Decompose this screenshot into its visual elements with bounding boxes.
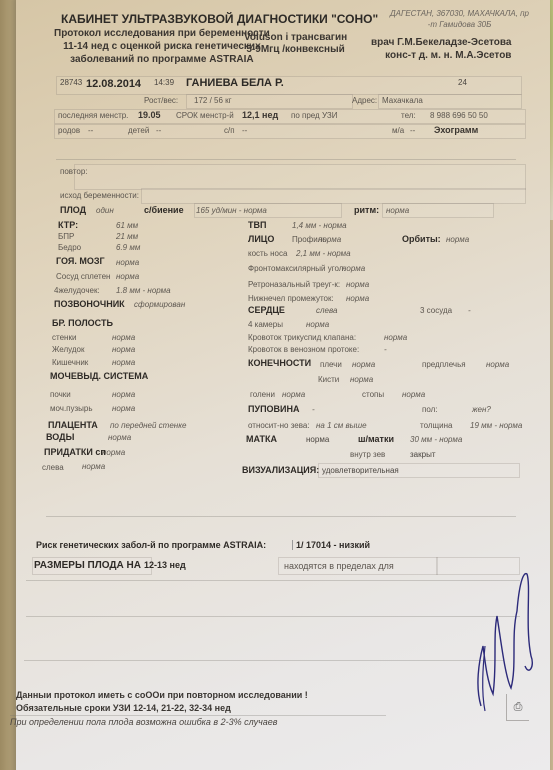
walls-value: норма <box>112 333 135 342</box>
cord-value: - <box>312 405 315 414</box>
visual-value: удовлетворительная <box>322 466 399 475</box>
mandible-label: Нижнечел промежуток: <box>248 294 334 303</box>
printer-icon: ⎙ <box>514 701 523 714</box>
brain-label: ГОЯ. МОЗГ <box>56 256 105 266</box>
face-label: ЛИЦО <box>248 234 274 244</box>
retro-label: Ретроназальный треуг-к: <box>248 280 340 289</box>
os-rel-label: относит-но зева: <box>248 421 310 430</box>
term-value: 12,1 нед <box>242 110 278 120</box>
device-line-1: Voluson i трансвагин <box>244 32 347 44</box>
size-term: 12-13 нед <box>144 560 186 570</box>
uterus-value: норма <box>306 435 329 444</box>
protocol-line-3: заболеваний по программе ASTRAIA <box>54 53 270 66</box>
protocol-line-1: Протокол исследования при беременности <box>54 27 270 40</box>
placenta-label: ПЛАЦЕНТА <box>48 420 98 430</box>
height-weight-label: Рост/вес: <box>144 96 178 105</box>
exam-time: 14:39 <box>154 78 174 87</box>
address-label: Адрес: <box>352 96 377 105</box>
feet-label: стопы <box>362 390 384 399</box>
ma-label: м/а <box>392 126 404 135</box>
ktr-value: 61 мм <box>116 221 138 230</box>
os-rel-value: на 1 см выше <box>316 421 367 430</box>
ultrasound-protocol-sheet: КАБИНЕТ УЛЬТРАЗВУКОВОЙ ДИАГНОСТИКИ "СОНО… <box>16 0 550 770</box>
births-label: родов <box>58 126 80 135</box>
femur-label: Бедро <box>58 243 81 252</box>
doctor-line-1: врач Г.М.Бекеладзе-Эсетова <box>371 36 511 49</box>
cs-value: -- <box>242 126 247 135</box>
feet-value: норма <box>402 390 425 399</box>
fetus-count: один <box>96 206 114 215</box>
patient-id: 28743 <box>60 78 82 87</box>
adnexa-left-label: слева <box>42 463 64 472</box>
intestine-value: норма <box>112 358 135 367</box>
risk-value: 1/ 17014 - низкий <box>292 540 370 550</box>
adnexa-right-value: норма <box>102 448 125 457</box>
limbs-label: КОНЕЧНОСТИ <box>248 358 311 368</box>
profile-value: норма <box>318 235 341 244</box>
stomach-label: Желудок <box>52 345 85 354</box>
divider <box>46 516 516 517</box>
divider <box>26 580 520 581</box>
size-text: находятся в пределах для <box>284 561 394 571</box>
hands-value: норма <box>350 375 373 384</box>
tvp-value: 1,4 мм - норма <box>292 221 347 230</box>
repeat-label: повтор: <box>60 167 88 176</box>
water-label: ВОДЫ <box>46 432 74 442</box>
risk-label: Риск генетических забол-й по программе A… <box>36 540 266 550</box>
clinic-address: ДАГЕСТАН, 367030, МАХАЧКАЛА, пр -т Гамид… <box>390 8 529 30</box>
divider <box>10 715 386 716</box>
kidneys-label: почки <box>50 390 71 399</box>
footer-note-3: При определении пола плода возможна ошиб… <box>10 717 277 727</box>
children-label: детей <box>128 126 149 135</box>
divider <box>56 159 516 160</box>
device-info: Voluson i трансвагин 5-9Мгц /конвексный <box>244 32 347 56</box>
cervix-label: ш/матки <box>358 434 394 444</box>
intestine-label: Кишечник <box>52 358 88 367</box>
sex-value: жен? <box>472 405 491 414</box>
visual-label: ВИЗУАЛИЗАЦИЯ: <box>242 465 319 475</box>
cs-label: с/п <box>224 126 235 135</box>
thickness-label: толщина <box>420 421 452 430</box>
outcome-field <box>141 188 526 204</box>
ktr-label: КТР: <box>58 220 78 230</box>
venous-label: Кровоток в венозном протоке: <box>248 345 359 354</box>
forearms-label: предплечья <box>422 360 466 369</box>
urinary-label: МОЧЕВЫД. СИСТЕМА <box>50 371 148 381</box>
last-menstr-label: последняя менстр. <box>58 111 128 120</box>
hands-label: Кисти <box>318 375 339 384</box>
shins-value: норма <box>282 390 305 399</box>
mandible-value: норма <box>346 294 369 303</box>
abdomen-label: БР. ПОЛОСТЬ <box>52 318 113 328</box>
thickness-value: 19 мм - норма <box>470 421 522 430</box>
inner-os-label: внутр зев <box>350 450 385 459</box>
protocol-title: Протокол исследования при беременности 1… <box>54 27 270 66</box>
doctor-info: врач Г.М.Бекеладзе-Эсетова конс-т д. м. … <box>371 36 511 62</box>
nose-value: 2,1 мм - норма <box>296 249 351 258</box>
address-line-1: ДАГЕСТАН, 367030, МАХАЧКАЛА, пр <box>390 8 529 19</box>
uterus-label: МАТКА <box>246 434 277 444</box>
size-label: РАЗМЕРЫ ПЛОДА НА <box>34 560 141 571</box>
bladder-value: норма <box>112 404 135 413</box>
nose-label: кость носа <box>248 249 287 258</box>
ma-value: -- <box>410 126 415 135</box>
device-line-2: 5-9Мгц /конвексный <box>244 44 347 56</box>
bpr-value: 21 мм <box>116 232 138 241</box>
orbits-value: норма <box>446 235 469 244</box>
patient-age: 24 <box>458 78 467 87</box>
fetus-label: ПЛОД <box>60 205 86 215</box>
last-menstr-value: 19.05 <box>138 110 161 120</box>
protocol-line-2: 11-14 нед с оценкой риска генетических <box>54 40 270 53</box>
bladder-label: моч.пузырь <box>50 404 93 413</box>
footer-note-2: Обязательные сроки УЗИ 12-14, 21-22, 32-… <box>16 703 231 713</box>
vessels-value: - <box>468 306 471 315</box>
venous-value: - <box>384 345 387 354</box>
heartbeat-value: 165 уд/мин - норма <box>196 206 267 215</box>
phone-label: тел: <box>401 111 416 120</box>
femur-value: 6.9 мм <box>116 243 140 252</box>
shoulders-value: норма <box>352 360 375 369</box>
plexus-value: норма <box>116 272 139 281</box>
phone-value: 8 988 696 50 50 <box>430 111 488 120</box>
rhythm-label: ритм: <box>354 205 379 215</box>
plexus-label: Сосуд сплетен <box>56 272 110 281</box>
bpr-label: БПР <box>58 232 74 241</box>
sex-label: пол: <box>422 405 438 414</box>
divider <box>26 616 520 617</box>
heart-value: слева <box>316 306 337 315</box>
spine-value: сформирован <box>134 300 185 309</box>
ventricle-value: 1.8 мм - норма <box>116 286 171 295</box>
heartbeat-label: с/биение <box>144 205 184 215</box>
births-value: -- <box>88 126 93 135</box>
rhythm-value: норма <box>386 206 409 215</box>
orbits-label: Орбиты: <box>402 234 441 244</box>
fmf-value: норма <box>342 264 365 273</box>
tricuspid-value: норма <box>384 333 407 342</box>
address-value: Махачкала <box>382 96 423 105</box>
walls-label: стенки <box>52 333 76 342</box>
vessels-label: 3 сосуда <box>420 306 452 315</box>
heart-label: СЕРДЦЕ <box>248 305 285 315</box>
forearms-value: норма <box>486 360 509 369</box>
water-value: норма <box>108 433 131 442</box>
divider <box>24 660 504 661</box>
ventricle-label: 4желудочек: <box>54 286 100 295</box>
chambers-label: 4 камеры <box>248 320 283 329</box>
patient-name: ГАНИЕВА БЕЛА Р. <box>186 77 284 89</box>
kidneys-value: норма <box>112 390 135 399</box>
term-label: СРОК менстр-й <box>176 111 234 120</box>
adnexa-label: ПРИДАТКИ сп <box>44 447 106 457</box>
clinic-title: КАБИНЕТ УЛЬТРАЗВУКОВОЙ ДИАГНОСТИКИ "СОНО… <box>61 12 378 26</box>
spine-label: ПОЗВОНОЧНИК <box>54 299 125 309</box>
tvp-label: ТВП <box>248 220 266 230</box>
children-value: -- <box>156 126 161 135</box>
repeat-field <box>74 164 526 190</box>
retro-value: норма <box>346 280 369 289</box>
adnexa-left-value: норма <box>82 462 105 471</box>
shins-label: голени <box>250 390 275 399</box>
footer-note-1: Данныи протокол иметь с соООи при повтор… <box>16 690 308 700</box>
brain-value: норма <box>116 258 139 267</box>
doctor-line-2: конс-т д. м. н. М.А.Эсетов <box>371 49 511 62</box>
fmf-label: Фронтомаксилярный угол: <box>248 264 346 273</box>
outcome-label: исход беременности: <box>60 191 139 200</box>
echograms-label: Эхограмм <box>434 125 478 135</box>
shoulders-label: плечи <box>320 360 342 369</box>
stomach-value: норма <box>112 345 135 354</box>
inner-os-value: закрыт <box>410 450 435 459</box>
address-line-2: -т Гамидова 30Б <box>390 19 529 30</box>
cord-label: ПУПОВИНА <box>248 404 300 414</box>
tricuspid-label: Кровоток трикуспид клапана: <box>248 333 356 342</box>
cervix-value: 30 мм - норма <box>410 435 462 444</box>
chambers-value: норма <box>306 320 329 329</box>
exam-date: 12.08.2014 <box>86 78 141 90</box>
placenta-value: по передней стенке <box>110 421 186 430</box>
height-weight-value: 172 / 56 кг <box>194 96 232 105</box>
prev-us-label: по пред УЗИ <box>291 111 337 120</box>
print-button[interactable]: ⎙ <box>506 694 529 721</box>
